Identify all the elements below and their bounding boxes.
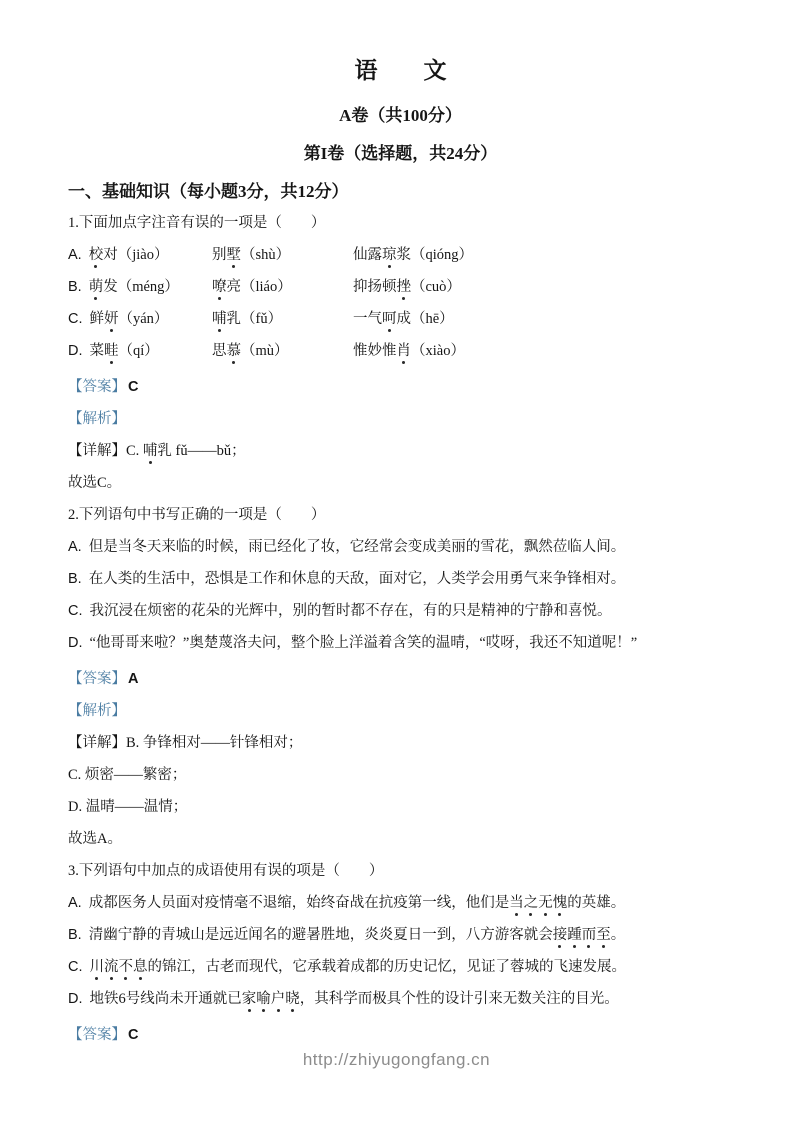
- option-text: 抑扬顿挫（cuò）: [353, 277, 733, 297]
- option-label: B.: [68, 571, 82, 587]
- dotted-char: 呵: [382, 309, 397, 329]
- option-row: C.鲜妍（yán）哺乳（fǔ）一气呵成（hē）: [68, 309, 733, 329]
- option-text: A.校对（jiào）: [68, 245, 212, 265]
- dotted-char: 嘹: [212, 277, 227, 297]
- part-one-heading: 第I卷（选择题，共24分）: [68, 139, 733, 164]
- dotted-char: 喻: [256, 989, 271, 1009]
- option-text: 嘹亮（liáo）: [212, 277, 353, 297]
- option-text: 别墅（shù）: [212, 245, 353, 265]
- option-row: C.我沉浸在烦密的花朵的光辉中，别的暂时都不存在，有的只是精神的宁静和喜悦。: [68, 601, 733, 621]
- dotted-char: 肖: [397, 341, 412, 361]
- option-label: C.: [68, 603, 83, 619]
- dotted-char: 墅: [227, 245, 242, 265]
- analysis-line: 【解析】: [68, 701, 733, 721]
- option-text: D.菜畦（qí）: [68, 341, 212, 361]
- option-label: A.: [68, 539, 82, 555]
- analysis-line: 【解析】: [68, 409, 733, 429]
- option-row: A.校对（jiào）别墅（shù）仙露琼浆（qióng）: [68, 245, 733, 265]
- option-text: C.鲜妍（yán）: [68, 309, 212, 329]
- option-label: A.: [68, 247, 82, 263]
- answer-value: C: [128, 379, 138, 395]
- page-title: 语 文: [68, 52, 733, 85]
- option-label: D.: [68, 635, 83, 651]
- answer-value: C: [128, 1027, 138, 1043]
- dotted-char: 踵: [567, 925, 582, 945]
- option-label: A.: [68, 895, 82, 911]
- answer-label: 【答案】: [68, 379, 126, 395]
- option-text: 仙露琼浆（qióng）: [353, 245, 733, 265]
- dotted-char: 琼: [382, 245, 397, 265]
- option-text: 哺乳（fǔ）: [212, 309, 353, 329]
- answer-value: A: [128, 671, 138, 687]
- dotted-char: 妍: [104, 309, 119, 329]
- section-one-heading: 一、基础知识（每小题3分，共12分）: [68, 177, 733, 202]
- questions-container: 1.下面加点字注音有误的一项是（ ）A.校对（jiào）别墅（shù）仙露琼浆（…: [68, 213, 733, 1045]
- dotted-char: 流: [104, 957, 119, 977]
- dotted-char: 畦: [104, 341, 119, 361]
- answer-label: 【答案】: [68, 671, 126, 687]
- dotted-char: 哺: [143, 441, 158, 461]
- dotted-char: 挫: [397, 277, 412, 297]
- option-label: D.: [68, 991, 83, 1007]
- dotted-char: 息: [133, 957, 148, 977]
- option-row: B.在人类的生活中，恐惧是工作和休息的天敌，面对它，人类学会用勇气来争锋相对。: [68, 569, 733, 589]
- answer-line: 【答案】A: [68, 669, 733, 689]
- detail-line: 【详解】C. 哺乳 fǔ——bǔ；: [68, 441, 733, 461]
- exam-document-page: 语 文 A卷（共100分） 第I卷（选择题，共24分） 一、基础知识（每小题3分…: [0, 0, 793, 1122]
- option-label: C.: [68, 959, 83, 975]
- dotted-char: 之: [524, 893, 539, 913]
- option-row: D.“他哥哥来啦？”奥楚蔑洛夫问，整个脸上洋溢着含笑的温晴，“哎呀，我还不知道呢…: [68, 633, 733, 653]
- option-label: B.: [68, 279, 82, 295]
- option-row: C.川流不息的锦江，古老而现代，它承载着成都的历史记忆，见证了蓉城的飞速发展。: [68, 957, 733, 977]
- answer-line: 【答案】C: [68, 1025, 733, 1045]
- dotted-char: 而: [582, 925, 597, 945]
- option-label: D.: [68, 343, 83, 359]
- answer-label: 【答案】: [68, 1027, 126, 1043]
- option-label: C.: [68, 311, 83, 327]
- dotted-char: 不: [119, 957, 134, 977]
- dotted-char: 川: [90, 957, 105, 977]
- dotted-char: 愧: [553, 893, 568, 913]
- option-text: 一气呵成（hē）: [353, 309, 733, 329]
- question-stem: 1.下面加点字注音有误的一项是（ ）: [68, 213, 733, 233]
- detail-line: D. 温晴——温情；: [68, 797, 733, 817]
- dotted-char: 哺: [212, 309, 227, 329]
- question-block: 2.下列语句中书写正确的一项是（ ）A.但是当冬天来临的时候，雨已经化了妆，它经…: [68, 505, 733, 849]
- dotted-char: 校: [89, 245, 104, 265]
- dotted-char: 慕: [227, 341, 242, 361]
- answer-line: 【答案】C: [68, 377, 733, 397]
- question-stem: 3.下列语句中加点的成语使用有误的项是（ ）: [68, 861, 733, 881]
- question-block: 3.下列语句中加点的成语使用有误的项是（ ）A.成都医务人员面对疫情毫不退缩，始…: [68, 861, 733, 1045]
- analysis-label: 【解析】: [68, 703, 126, 719]
- paper-a-heading: A卷（共100分）: [68, 101, 733, 126]
- dotted-char: 无: [538, 893, 553, 913]
- option-row: D.菜畦（qí）思慕（mù）惟妙惟肖（xiào）: [68, 341, 733, 361]
- option-label: B.: [68, 927, 82, 943]
- footer-url: http://zhiyugongfang.cn: [0, 1050, 793, 1070]
- dotted-char: 至: [596, 925, 611, 945]
- option-row: B.萌发（méng）嘹亮（liáo）抑扬顿挫（cuò）: [68, 277, 733, 297]
- dotted-char: 当: [509, 893, 524, 913]
- detail-line: C. 烦密——繁密；: [68, 765, 733, 785]
- question-stem: 2.下列语句中书写正确的一项是（ ）: [68, 505, 733, 525]
- analysis-label: 【解析】: [68, 411, 126, 427]
- option-text: 惟妙惟肖（xiào）: [353, 341, 733, 361]
- detail-line: 【详解】B. 争锋相对——针锋相对；: [68, 733, 733, 753]
- dotted-char: 家: [242, 989, 257, 1009]
- option-row: D.地铁6号线尚未开通就已家喻户晓，其科学而极具个性的设计引来无数关注的目光。: [68, 989, 733, 1009]
- detail-line: 故选A。: [68, 829, 733, 849]
- dotted-char: 萌: [89, 277, 104, 297]
- option-text: 思慕（mù）: [212, 341, 353, 361]
- option-row: B.清幽宁静的青城山是远近闻名的避暑胜地，炎炎夏日一到，八方游客就会接踵而至。: [68, 925, 733, 945]
- question-block: 1.下面加点字注音有误的一项是（ ）A.校对（jiào）别墅（shù）仙露琼浆（…: [68, 213, 733, 493]
- option-row: A.成都医务人员面对疫情毫不退缩，始终奋战在抗疫第一线，他们是当之无愧的英雄。: [68, 893, 733, 913]
- option-text: B.萌发（méng）: [68, 277, 212, 297]
- dotted-char: 晓: [285, 989, 300, 1009]
- dotted-char: 户: [271, 989, 286, 1009]
- dotted-char: 接: [553, 925, 568, 945]
- detail-line: 故选C。: [68, 473, 733, 493]
- option-row: A.但是当冬天来临的时候，雨已经化了妆，它经常会变成美丽的雪花，飘然莅临人间。: [68, 537, 733, 557]
